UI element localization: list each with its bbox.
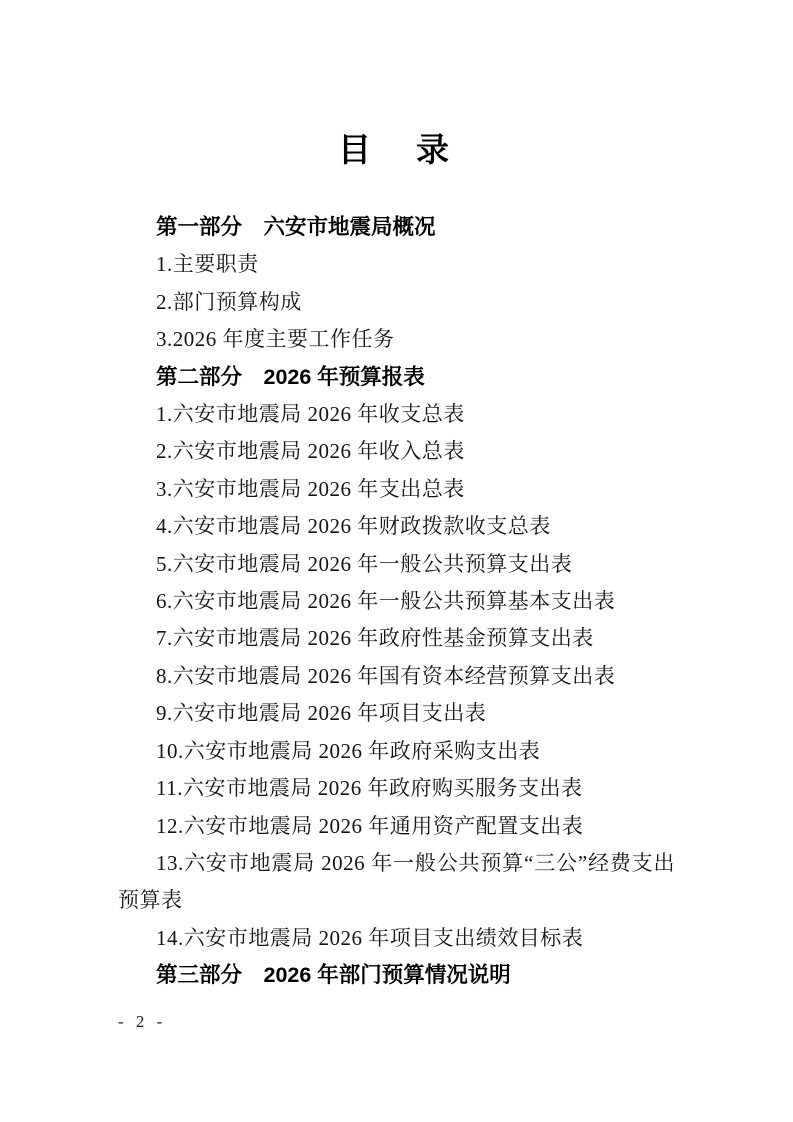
toc-entry: 3.2026 年度主要工作任务 <box>118 321 675 358</box>
toc-entry: 11.六安市地震局 2026 年政府购买服务支出表 <box>118 770 675 807</box>
toc-entry: 9.六安市地震局 2026 年项目支出表 <box>118 695 675 732</box>
toc-entry: 6.六安市地震局 2026 年一般公共预算基本支出表 <box>118 583 675 620</box>
toc-entry: 8.六安市地震局 2026 年国有资本经营预算支出表 <box>118 658 675 695</box>
page-number: - 2 - <box>118 1012 166 1032</box>
toc-entry: 4.六安市地震局 2026 年财政拨款收支总表 <box>118 508 675 545</box>
toc-entry: 5.六安市地震局 2026 年一般公共预算支出表 <box>118 546 675 583</box>
toc-entry: 2.部门预算构成 <box>118 284 675 321</box>
toc-entry: 3.六安市地震局 2026 年支出总表 <box>118 471 675 508</box>
toc-section-2-heading: 第二部分 2026 年预算报表 <box>118 359 675 396</box>
toc-entry: 1.六安市地震局 2026 年收支总表 <box>118 396 675 433</box>
toc-entry: 2.六安市地震局 2026 年收入总表 <box>118 433 675 470</box>
toc-entry: 7.六安市地震局 2026 年政府性基金预算支出表 <box>118 620 675 657</box>
document-title: 目 录 <box>118 127 675 173</box>
toc-entry-line-2: 预算表 <box>118 882 675 919</box>
toc-entry: 10.六安市地震局 2026 年政府采购支出表 <box>118 733 675 770</box>
table-of-contents: 第一部分 六安市地震局概况 1.主要职责 2.部门预算构成 3.2026 年度主… <box>118 209 675 995</box>
toc-section-1-heading: 第一部分 六安市地震局概况 <box>118 209 675 246</box>
toc-entry: 1.主要职责 <box>118 246 675 283</box>
toc-entry-wrapped: 13.六安市地震局 2026 年一般公共预算“三公”经费支出 预算表 <box>118 845 675 920</box>
toc-entry-line-1: 13.六安市地震局 2026 年一般公共预算“三公”经费支出 <box>118 845 675 882</box>
toc-entry: 12.六安市地震局 2026 年通用资产配置支出表 <box>118 808 675 845</box>
toc-section-3-heading: 第三部分 2026 年部门预算情况说明 <box>118 957 675 994</box>
toc-entry: 14.六安市地震局 2026 年项目支出绩效目标表 <box>118 920 675 957</box>
document-page: 目 录 第一部分 六安市地震局概况 1.主要职责 2.部门预算构成 3.2026… <box>0 0 793 1122</box>
